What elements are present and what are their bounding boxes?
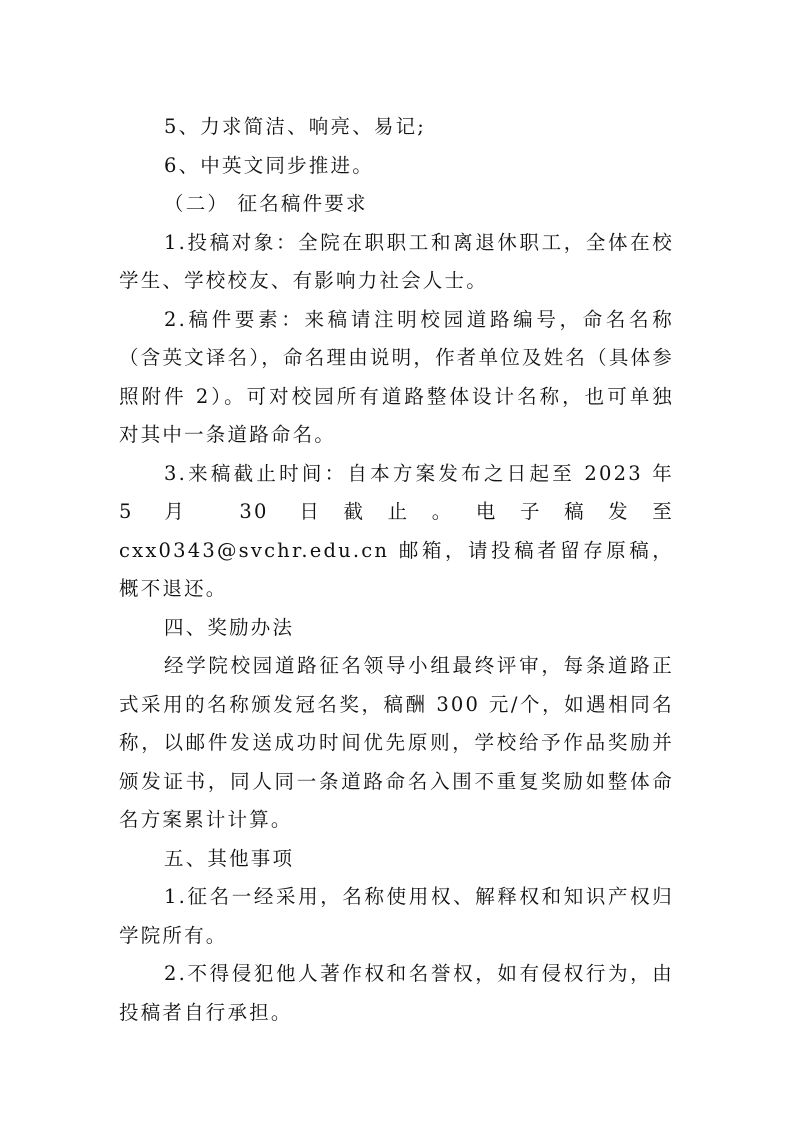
requirement-deadline: 3.来稿截止时间：自本方案发布之日起至 2023 年 5 月 30 日截止。电子… xyxy=(119,455,674,609)
rewards-body: 经学院校园道路征名领导小组最终评审，每条道路正式采用的名称颁发冠名奖，稿酬 30… xyxy=(119,647,674,840)
document-page: 5、力求简洁、响亮、易记; 6、中英文同步推进。 （二） 征名稿件要求 1.投稿… xyxy=(119,108,674,1032)
requirement-submitters: 1.投稿对象：全院在职职工和离退休职工，全体在校学生、学校校友、有影响力社会人士… xyxy=(119,224,674,301)
section-heading-rewards: 四、奖励办法 xyxy=(119,609,674,648)
list-item-5: 5、力求简洁、响亮、易记; xyxy=(119,108,674,147)
section-heading-submission-requirements: （二） 征名稿件要求 xyxy=(119,185,674,224)
other-item-1: 1.征名一经采用，名称使用权、解释权和知识产权归学院所有。 xyxy=(119,878,674,955)
other-item-2: 2.不得侵犯他人著作权和名誉权，如有侵权行为，由投稿者自行承担。 xyxy=(119,955,674,1032)
list-item-6: 6、中英文同步推进。 xyxy=(119,147,674,186)
section-heading-other: 五、其他事项 xyxy=(119,840,674,879)
requirement-elements: 2.稿件要素：来稿请注明校园道路编号，命名名称（含英文译名），命名理由说明，作者… xyxy=(119,301,674,455)
